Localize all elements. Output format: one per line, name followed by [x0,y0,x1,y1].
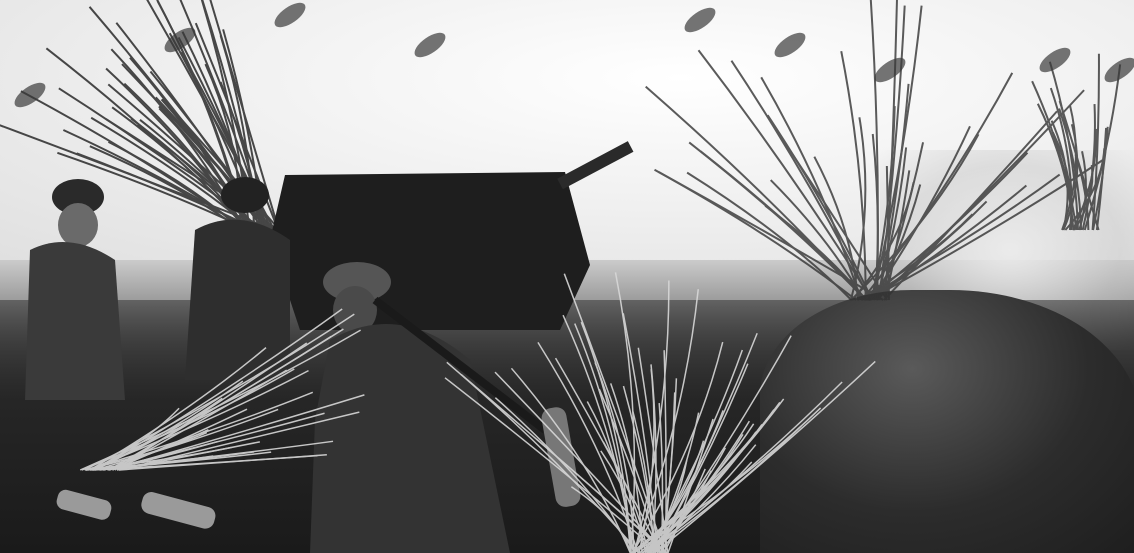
photograph [0,0,1134,553]
scene-drawing [0,0,1134,553]
dark-reeds-right [646,0,1120,300]
soldier-left [25,179,125,400]
gun-shield [270,172,590,330]
gun-barrel [557,141,633,189]
